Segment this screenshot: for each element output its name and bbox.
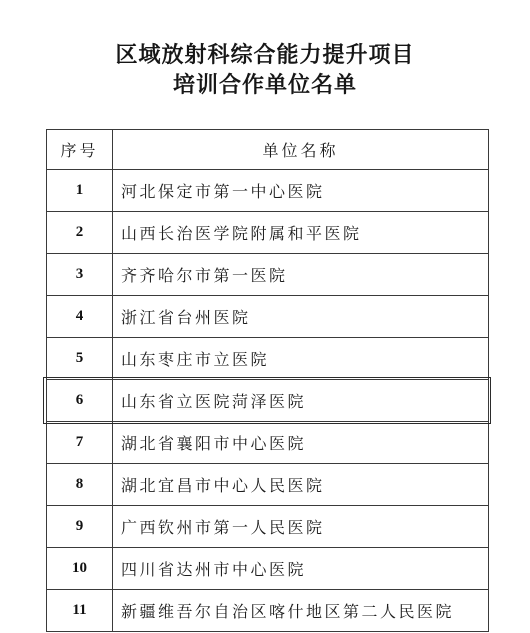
- row-unit-name: 广西钦州市第一人民医院: [113, 506, 489, 548]
- table-row: 1 河北保定市第一中心医院: [47, 170, 489, 212]
- row-seq: 8: [47, 464, 113, 506]
- row-seq: 7: [47, 422, 113, 464]
- row-unit-name: 湖北省襄阳市中心医院: [113, 422, 489, 464]
- row-seq: 10: [47, 548, 113, 590]
- row-unit-name: 四川省达州市中心医院: [113, 548, 489, 590]
- row-seq: 9: [47, 506, 113, 548]
- title-line-2: 培训合作单位名单: [173, 72, 357, 97]
- table-body: 1 河北保定市第一中心医院 2 山西长治医学院附属和平医院 3 齐齐哈尔市第一医…: [47, 170, 489, 632]
- table-row: 4 浙江省台州医院: [47, 296, 489, 338]
- row-unit-name: 湖北宜昌市中心人民医院: [113, 464, 489, 506]
- row-seq: 3: [47, 254, 113, 296]
- cooperation-units-table: 序号 单位名称 1 河北保定市第一中心医院 2 山西长治医学院附属和平医院 3 …: [46, 129, 489, 632]
- row-unit-name: 山西长治医学院附属和平医院: [113, 212, 489, 254]
- row-unit-name: 山东枣庄市立医院: [113, 338, 489, 380]
- row-seq: 11: [47, 590, 113, 632]
- table-row: 11 新疆维吾尔自治区喀什地区第二人民医院: [47, 590, 489, 632]
- row-seq: 2: [47, 212, 113, 254]
- table-row: 10 四川省达州市中心医院: [47, 548, 489, 590]
- table-header-row: 序号 单位名称: [47, 130, 489, 170]
- table-row: 7 湖北省襄阳市中心医院: [47, 422, 489, 464]
- row-unit-name: 山东省立医院菏泽医院: [113, 380, 489, 422]
- document-title: 区域放射科综合能力提升项目 培训合作单位名单: [0, 0, 530, 100]
- row-seq: 5: [47, 338, 113, 380]
- table-row: 2 山西长治医学院附属和平医院: [47, 212, 489, 254]
- row-unit-name: 新疆维吾尔自治区喀什地区第二人民医院: [113, 590, 489, 632]
- row-unit-name: 河北保定市第一中心医院: [113, 170, 489, 212]
- title-line-1: 区域放射科综合能力提升项目: [115, 42, 414, 67]
- table-row: 8 湖北宜昌市中心人民医院: [47, 464, 489, 506]
- row-seq: 6: [47, 380, 113, 422]
- document-page: 区域放射科综合能力提升项目 培训合作单位名单 序号 单位名称 1 河北保定市第一…: [0, 0, 530, 633]
- header-seq: 序号: [47, 130, 113, 170]
- table-row: 6 山东省立医院菏泽医院: [47, 380, 489, 422]
- table-row: 5 山东枣庄市立医院: [47, 338, 489, 380]
- table-row: 9 广西钦州市第一人民医院: [47, 506, 489, 548]
- row-seq: 4: [47, 296, 113, 338]
- header-unit-name: 单位名称: [113, 130, 489, 170]
- row-unit-name: 浙江省台州医院: [113, 296, 489, 338]
- row-seq: 1: [47, 170, 113, 212]
- table-row: 3 齐齐哈尔市第一医院: [47, 254, 489, 296]
- row-unit-name: 齐齐哈尔市第一医院: [113, 254, 489, 296]
